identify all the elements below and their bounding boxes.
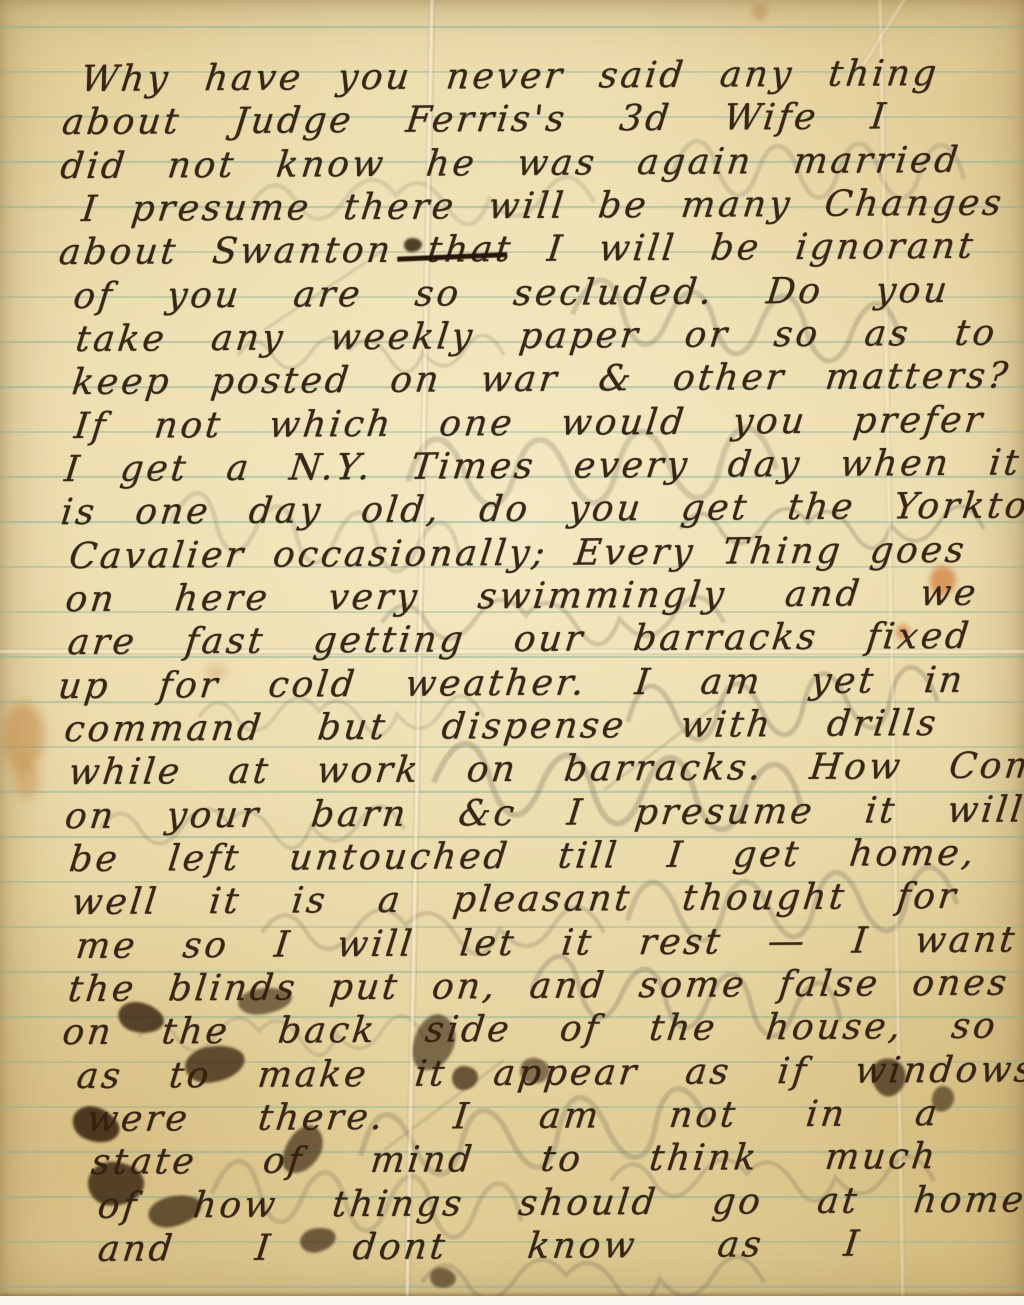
handwriting-line: about Judge Ferris's 3d Wife I (60, 98, 890, 142)
handwriting-line: state of mind to think much (89, 1138, 940, 1182)
handwriting-line: Cavalier occasionally; Every Thing goes (67, 532, 969, 576)
handwriting-line: Why have you never said any thing (79, 55, 941, 99)
handwriting-line: on here very swimmingly and we (63, 575, 980, 619)
handwriting-line: is one day old, do you get the Yorktown (59, 487, 1024, 532)
handwriting-line: I get a N.Y. Times every day when it (63, 444, 1024, 489)
handwriting-line: keep posted on war & other matters? (70, 357, 1013, 401)
handwriting-line: about Swanton that I will be ignorant (57, 228, 978, 272)
handwriting-line: If not which one would you prefer (72, 402, 987, 446)
handwriting-line: as to make it appear as if windows (75, 1051, 1024, 1096)
handwriting-line: of how things should go at home (96, 1181, 1024, 1225)
handwriting-line: are fast getting our barracks fixed (66, 618, 974, 662)
scanner-edge (0, 1296, 1024, 1305)
handwriting-line: were there. I am not in a (85, 1095, 942, 1139)
handwriting-line: up for cold weather. I am yet in (56, 662, 967, 706)
handwriting-line: me so I will let it rest — I want (74, 921, 1019, 965)
handwriting-line: did not know he was again married (58, 142, 962, 186)
handwriting-line: of you are so secluded. Do you (71, 272, 952, 316)
letter-scan-page: Why have you never said any thing about … (0, 0, 1024, 1305)
handwriting-line: and I dont know as I (96, 1226, 864, 1269)
handwriting-line: I presume there will be many Changes (80, 185, 1006, 229)
handwriting-line: take any weekly paper or so as to (74, 315, 1000, 359)
handwriting-line: well it is a pleasant thought for (70, 878, 961, 922)
handwriting-line: be left untouched till I get home, (67, 835, 978, 879)
handwriting-line: while at work on barracks. How Comes (67, 747, 1024, 792)
letter-body: Why have you never said any thing about … (0, 0, 1024, 1305)
handwriting-line: on the back side of the house, so (60, 1008, 999, 1052)
handwriting-line: on your barn &c I presume it will (63, 791, 1024, 836)
handwriting-line: the blinds put on, and some false ones (66, 965, 1011, 1009)
handwriting-line: command but dispense with drills (62, 705, 940, 749)
